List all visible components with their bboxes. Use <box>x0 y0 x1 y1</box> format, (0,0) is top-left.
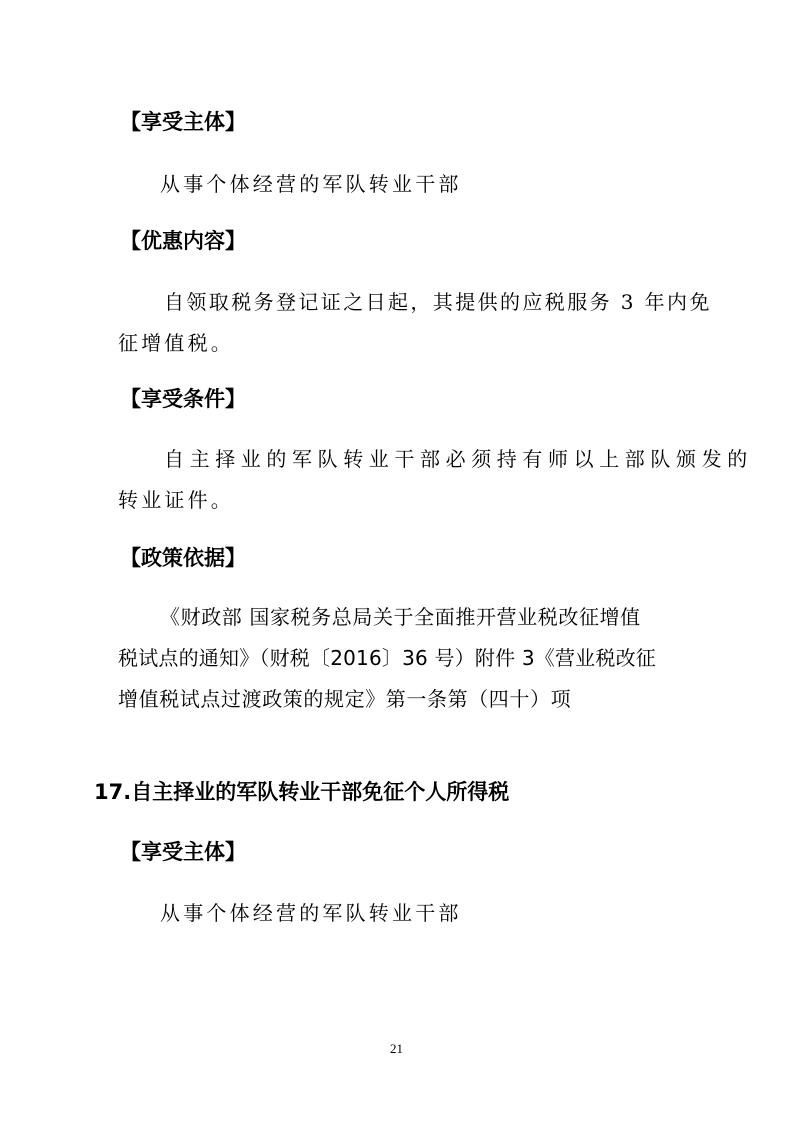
heading-beneficiary: 【享受主体】 <box>120 106 246 136</box>
section-title: 17.自主择业的军队转业干部免征个人所得税 <box>94 776 509 806</box>
policy-basis-line-1: 《财政部 国家税务总局关于全面推开营业税改征增值 <box>160 601 641 630</box>
policy-basis-line-2: 税试点的通知》（财税〔2016〕36 号）附件 3《营业税改征 <box>118 642 656 671</box>
section-heading-beneficiary: 【享受主体】 <box>120 836 246 866</box>
heading-policy-basis: 【政策依据】 <box>120 542 246 572</box>
page-number: 21 <box>0 1041 793 1057</box>
policy-basis-line-3: 增值税试点过渡政策的规定》第一条第（四十）项 <box>118 683 571 712</box>
benefit-content-line-1: 自领取税务登记证之日起，其提供的应税服务 3 年内免 <box>164 286 712 315</box>
beneficiary-text: 从事个体经营的军队转业干部 <box>160 168 462 197</box>
section-beneficiary-text: 从事个体经营的军队转业干部 <box>160 897 462 926</box>
heading-conditions: 【享受条件】 <box>120 383 246 413</box>
conditions-line-2: 转业证件。 <box>118 484 234 513</box>
conditions-line-1: 自主择业的军队转业干部必须持有师以上部队颁发的 <box>164 443 753 472</box>
benefit-content-line-2: 征增值税。 <box>118 327 234 356</box>
heading-benefit-content: 【优惠内容】 <box>120 225 246 255</box>
